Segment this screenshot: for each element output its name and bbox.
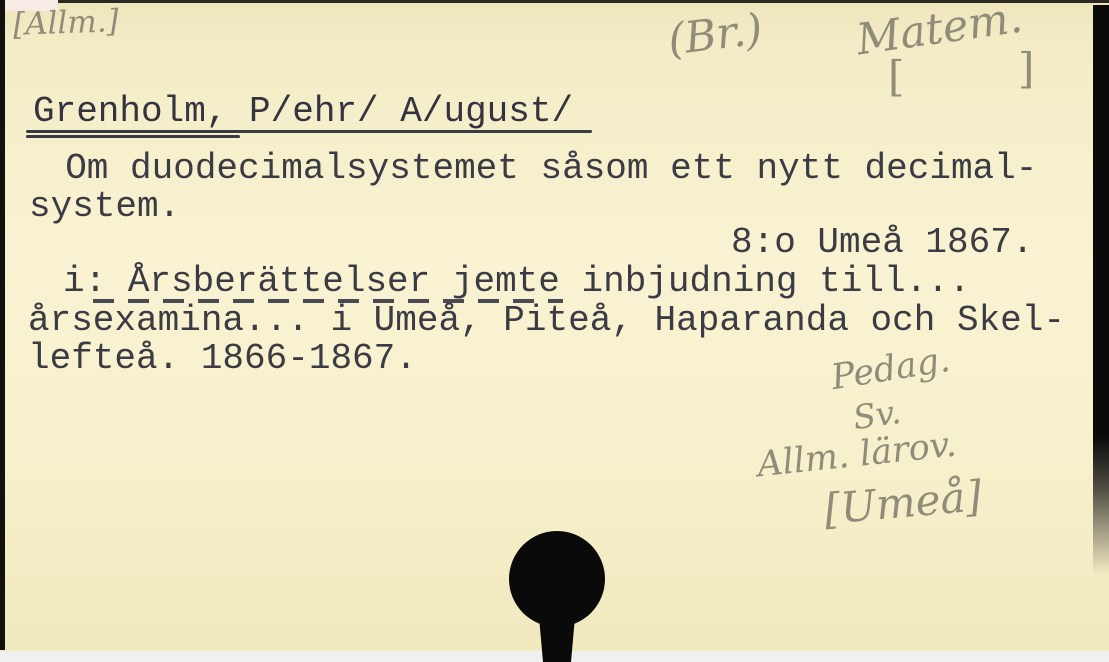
keyhole-punch-hole [501,524,615,662]
imprint: 8:o Umeå 1867. [731,225,1033,261]
heading-underline [26,130,592,133]
series-line-2-part-2: i Umeå [309,300,460,341]
series-note-line-2: årsexamina... i Umeå, Piteå, Haparanda o… [28,303,1065,339]
series-line-2-part-1: årsexamina... [28,300,309,341]
series-prefix: i: [63,261,128,302]
heading-underline-doublestrike [26,135,240,138]
scan-right-edge [1093,5,1109,605]
pencil-classmark: [Allm.] [12,6,119,41]
series-note-line-3: lefteå. 1866-1867. [28,341,417,377]
author-heading: Grenholm, P/ehr/ A/ugust/ [33,94,573,130]
title-line-2: system. [29,189,180,225]
title-line-1: Om duodecimalsystemet såsom ett nytt dec… [22,151,1037,187]
catalog-card-scan: [Allm.] (Br.) Matem. [ ] Grenholm, P/ehr… [0,0,1109,662]
series-note-line-1: i: Årsberättelser jemte inbjudning till.… [63,264,970,300]
pencil-note-sv: Sv. [851,395,903,434]
series-title: Årsberättelser [128,261,430,302]
series-line-2-rest: , Piteå, Haparanda och Skel- [460,300,1065,341]
pencil-abbrev-note: (Br.) [666,8,765,62]
pencil-bracket-left: [ [888,56,904,98]
series-line-1-rest: jemte inbjudning till... [430,261,970,302]
scan-left-edge [0,0,5,650]
pencil-bracket-right: ] [1018,48,1034,90]
